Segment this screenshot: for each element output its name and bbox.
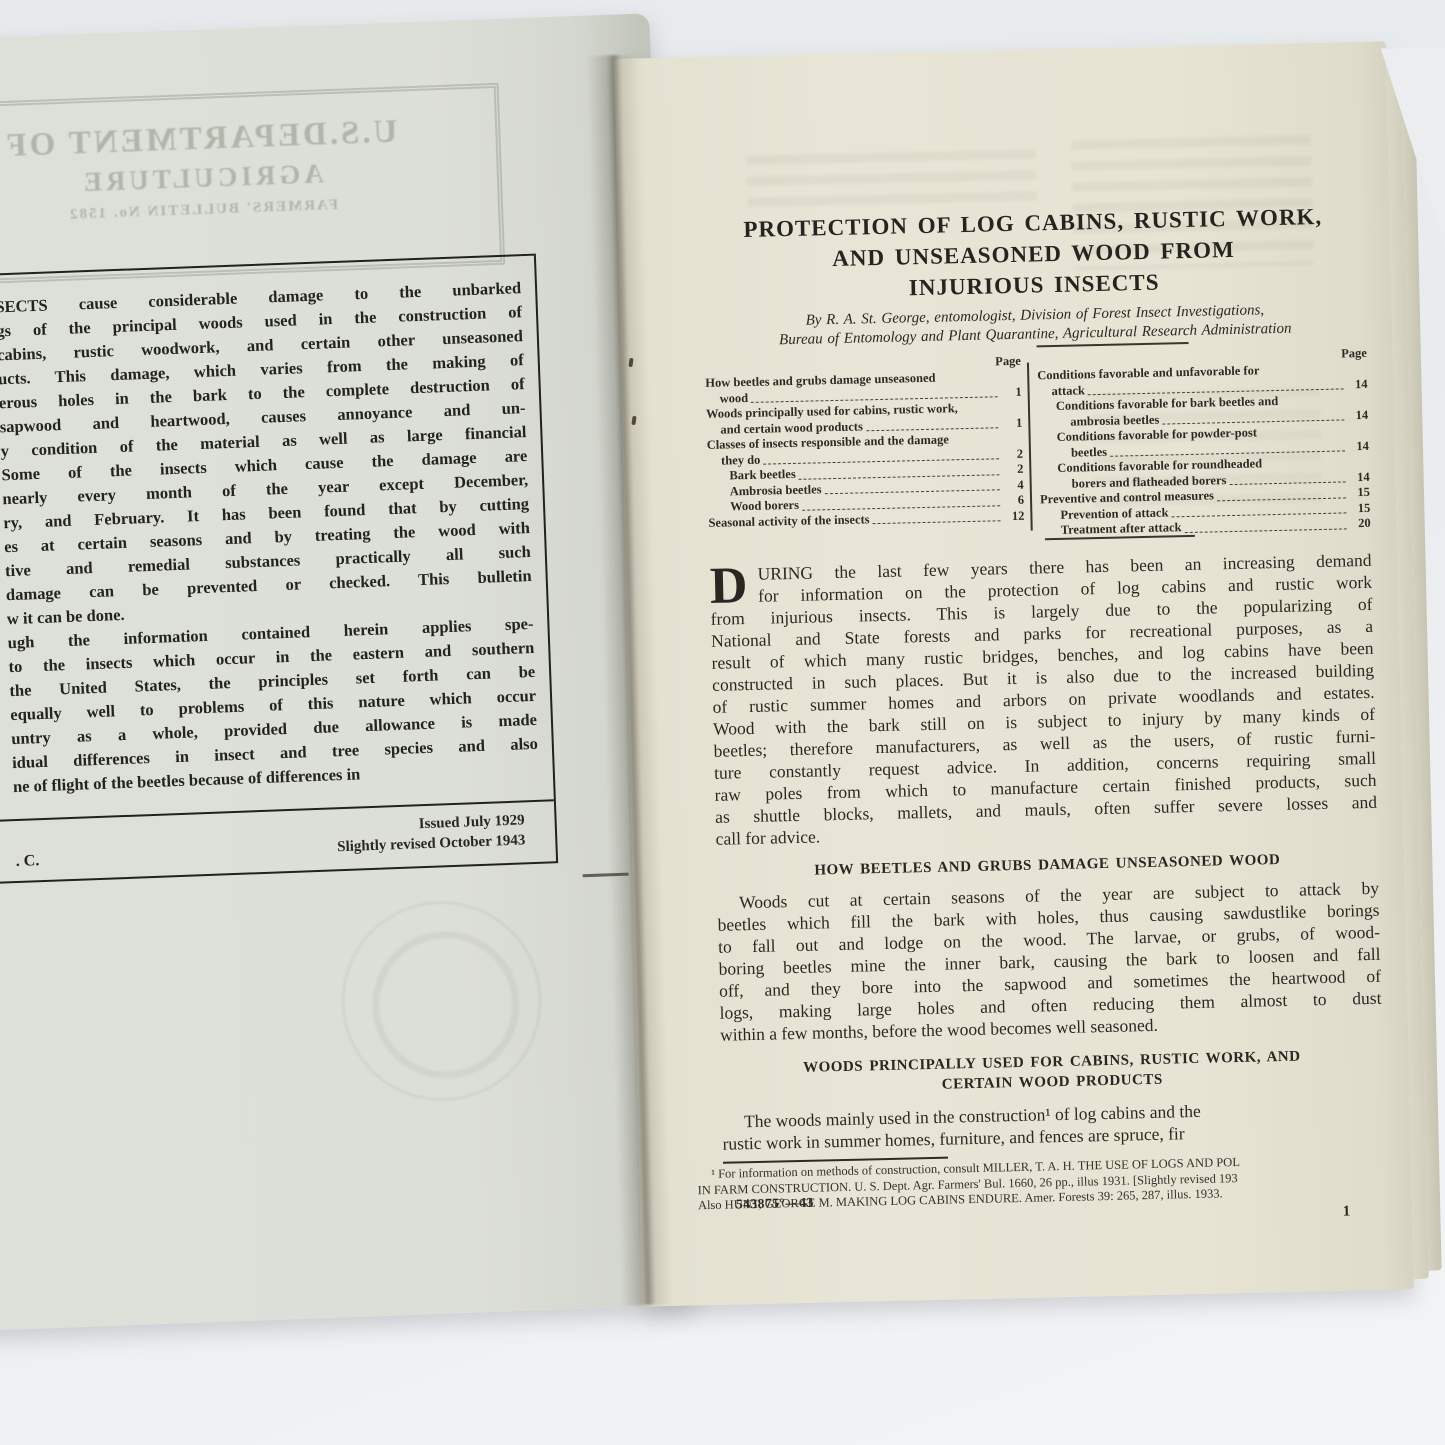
- summary-text: SECTS cause considerable damage to the u…: [0, 256, 553, 812]
- showthrough-blob: [746, 149, 1037, 208]
- city-fragment: . C.: [15, 852, 39, 871]
- toc-page-number: 1: [1001, 384, 1021, 400]
- toc-page-number: 4: [1004, 477, 1024, 493]
- summary-box-footer: Issued July 1929 Slightly revised Octobe…: [0, 799, 556, 887]
- toc-page-number: 2: [1003, 446, 1023, 462]
- usda-seal-showthrough: [339, 898, 545, 1104]
- toc-page-number: 14: [1349, 469, 1369, 485]
- drop-cap: D: [709, 564, 748, 608]
- cover-showthrough-text: U.S.DEPARTMENT OFAGRICULTUREFARMERS' BUL…: [0, 107, 493, 234]
- toc-entry-text: beetles: [1071, 444, 1107, 460]
- section-heading-2: WOODS PRINCIPALLY USED FOR CABINS, RUSTI…: [721, 1045, 1384, 1100]
- page-content: PROTECTION OF LOG CABINS, RUSTIC WORK,AN…: [702, 200, 1387, 1234]
- usda-seal-inner-ring: [370, 929, 522, 1081]
- dotted-leader: [866, 427, 998, 431]
- photo-scene: U.S.DEPARTMENT OFAGRICULTUREFARMERS' BUL…: [0, 0, 1445, 1445]
- toc-page-number: 1: [1002, 415, 1022, 431]
- toc-page-number: 14: [1349, 438, 1369, 454]
- toc-right-column: Page Conditions favorable and unfavorabl…: [1037, 345, 1371, 539]
- toc-page-number: 15: [1350, 485, 1370, 501]
- dotted-leader: [1217, 497, 1346, 501]
- toc-page-number: 14: [1348, 407, 1368, 423]
- dash-mark: [583, 873, 629, 878]
- toc-entry-text: Ambrosia beetles: [730, 482, 822, 500]
- toc-entry-text: they do: [721, 452, 761, 468]
- toc-page-number: 2: [1003, 462, 1023, 478]
- toc-page-number: 15: [1350, 500, 1370, 516]
- toc-page-number: 6: [1004, 493, 1024, 509]
- toc-entry-text: Bark beetles: [729, 467, 796, 484]
- toc-column-divider: [1027, 363, 1032, 531]
- toc-page-number: 14: [1347, 376, 1367, 392]
- left-page: U.S.DEPARTMENT OFAGRICULTUREFARMERS' BUL…: [0, 13, 696, 1330]
- toc-entry-text: Treatment after attack: [1061, 520, 1182, 538]
- toc-left-column: Page How beetles and grubs damage unseas…: [705, 353, 1025, 531]
- table-of-contents: Page How beetles and grubs damage unseas…: [705, 345, 1371, 552]
- article-title: PROTECTION OF LOG CABINS, RUSTIC WORK,AN…: [702, 200, 1366, 308]
- right-page: PROTECTION OF LOG CABINS, RUSTIC WORK,AN…: [614, 41, 1414, 1306]
- dotted-leader: [873, 520, 1001, 524]
- section-heading-1: HOW BEETLES AND GRUBS DAMAGE UNSEASONED …: [716, 848, 1378, 883]
- dotted-leader: [1229, 481, 1345, 485]
- toc-entry-text: wood: [720, 390, 749, 406]
- toc-page-number: 20: [1351, 516, 1371, 532]
- toc-entry-text: Seasonal activity of the insects: [708, 512, 869, 531]
- paragraph-woods-used: The woods mainly used in the constructio…: [722, 1096, 1385, 1155]
- toc-entry-text: attack: [1051, 383, 1085, 399]
- toc-entry-text: Wood borers: [730, 498, 799, 515]
- toc-page-number: 12: [1004, 508, 1024, 524]
- paragraph-woods-cut: Woods cut at certain seasons of the year…: [717, 877, 1382, 1046]
- print-imprint: 543875°—43: [736, 1195, 814, 1213]
- paragraph-during: D URING the last few years there has bee…: [709, 549, 1377, 850]
- dotted-leader: [1185, 528, 1347, 533]
- byline: By R. A. St. George, entomologist, Divis…: [704, 299, 1367, 352]
- summary-box: SECTS cause considerable damage to the u…: [0, 254, 558, 890]
